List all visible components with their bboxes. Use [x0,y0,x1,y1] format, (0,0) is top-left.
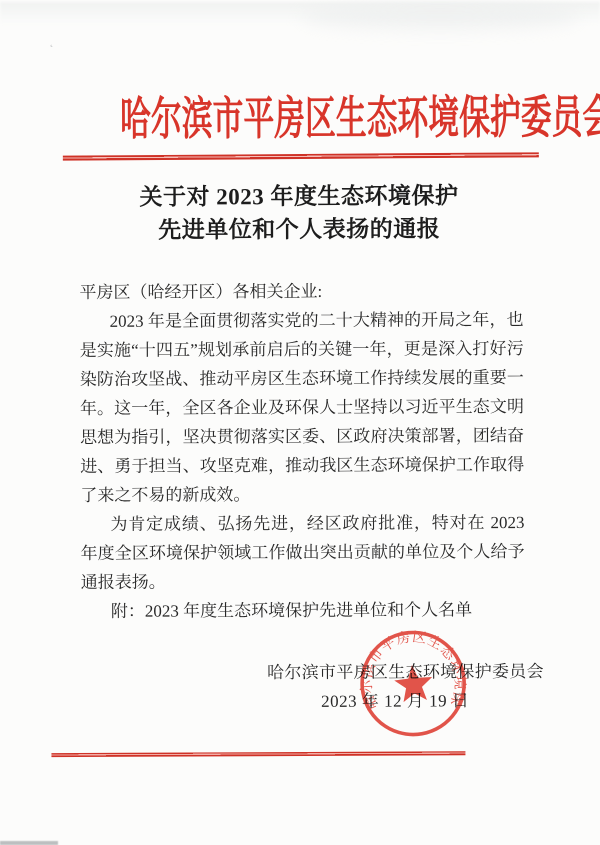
salutation: 平房区（哈经开区）各相关企业: [79,276,523,307]
official-seal-icon: 哈尔滨市平房区生态环境保护委员会 [353,623,474,744]
seal-star-icon [393,663,434,703]
document-content: 哈尔滨市平房区生态环境保护委员会 关于对 2023 年度生态环境保护 先进单位和… [0,0,600,845]
scanned-document-page: ˛ 哈尔滨市平房区生态环境保护委员会 关于对 2023 年度生态环境保护 先进单… [0,0,600,845]
footer-rule [51,751,465,757]
letterhead-committee-name: 哈尔滨市平房区生态环境保护委员会 [120,81,600,149]
attachment-note: 附：2023 年度生态环境保护先进单位和个人名单 [81,595,525,626]
letterhead-rule [63,152,539,160]
document-title-line1: 关于对 2023 年度生态环境保护 [0,179,599,215]
document-title: 关于对 2023 年度生态环境保护 先进单位和个人表扬的通报 [0,179,599,248]
document-body: 平房区（哈经开区）各相关企业: 2023 年是全面贯彻落实党的二十大精神的开局之… [79,276,525,626]
paragraph: 2023 年是全面贯彻落实党的二十大精神的开局之年，也是实施“十四五”规划承前启… [79,305,524,510]
document-title-line2: 先进单位和个人表扬的通报 [0,212,599,248]
letterhead: 哈尔滨市平房区生态环境保护委员会 [0,81,599,150]
paragraph: 为肯定成绩、弘扬先进，经区政府批准，特对在 2023 年度全区环境保护领域工作做… [80,508,524,597]
